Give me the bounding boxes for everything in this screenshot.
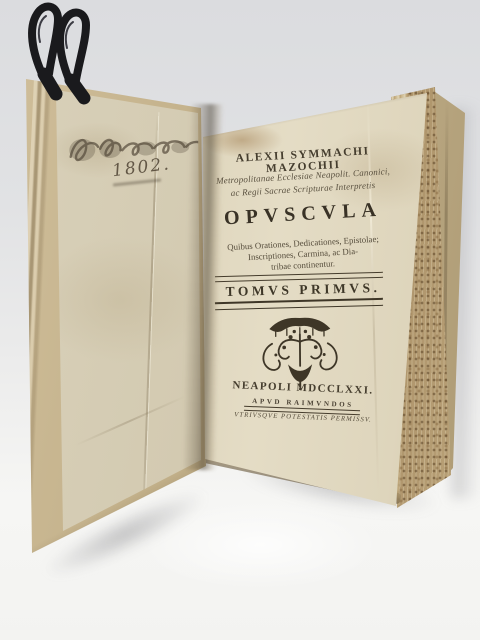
holding-clips-icon xyxy=(10,0,134,106)
photo-antique-book: 1802. ALEXII SYMMACHI MAZOCHII Metropoli… xyxy=(0,0,480,640)
double-rule xyxy=(215,298,383,310)
imprint-place-line: NEAPOLI MDCCLXXI. xyxy=(212,379,394,398)
main-title: OPVSCVLA xyxy=(211,198,394,231)
page-crease xyxy=(75,396,185,447)
page-top-edge-shading xyxy=(198,83,430,139)
floral-woodcut-ornament-icon xyxy=(252,312,349,391)
cover-turn-in-fold xyxy=(12,78,64,561)
